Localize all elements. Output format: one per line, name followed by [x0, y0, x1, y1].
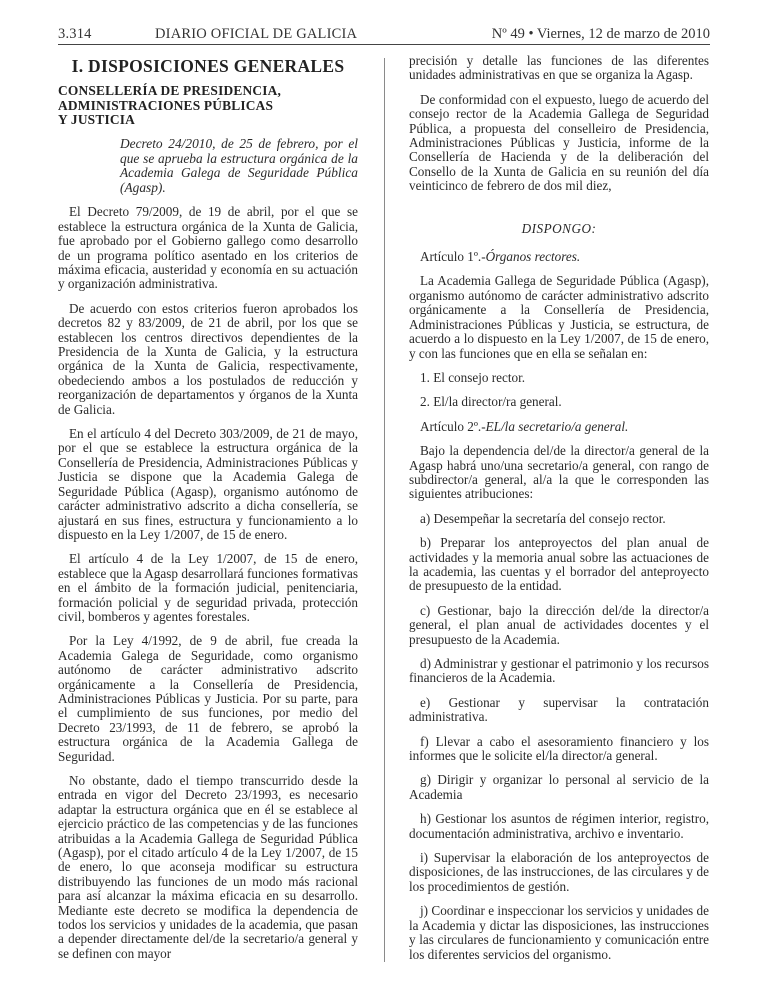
page-number: 3.314	[58, 24, 92, 44]
paragraph: En el artículo 4 del Decreto 303/2009, d…	[58, 427, 358, 542]
article-1-heading: Artículo 1º.-Órganos rectores.	[409, 250, 709, 264]
left-column: I. DISPOSICIONES GENERALES CONSELLERÍA D…	[58, 54, 358, 971]
list-item: a) Desempeñar la secretaría del consejo …	[409, 512, 709, 526]
department-title: CONSELLERÍA DE PRESIDENCIA, ADMINISTRACI…	[58, 84, 358, 127]
dispongo-heading: DISPONGO:	[409, 222, 709, 236]
article-title: EL/la secretario/a general.	[486, 419, 629, 434]
paragraph: El artículo 4 de la Ley 1/2007, de 15 de…	[58, 552, 358, 624]
page-header: 3.314 DIARIO OFICIAL DE GALICIA Nº 49 • …	[58, 24, 710, 45]
article-title: Órganos rectores.	[486, 249, 581, 264]
article-label: Artículo 2º.-	[420, 419, 486, 434]
article-label: Artículo 1º.-	[420, 249, 486, 264]
paragraph: Por la Ley 4/1992, de 9 de abril, fue cr…	[58, 634, 358, 764]
journal-name: DIARIO OFICIAL DE GALICIA	[155, 24, 357, 44]
article-2-heading: Artículo 2º.-EL/la secretario/a general.	[409, 420, 709, 434]
department-line: ADMINISTRACIONES PÚBLICAS	[58, 99, 358, 113]
article-1-body: La Academia Gallega de Seguridade Públic…	[409, 274, 709, 360]
column-divider	[384, 58, 385, 962]
paragraph: El Decreto 79/2009, de 19 de abril, por …	[58, 205, 358, 291]
section-title: I. DISPOSICIONES GENERALES	[58, 59, 358, 73]
department-line: CONSELLERÍA DE PRESIDENCIA,	[58, 84, 358, 98]
decree-title: Decreto 24/2010, de 25 de febrero, por e…	[120, 137, 358, 195]
right-column: precisión y detalle las funciones de las…	[409, 54, 709, 972]
list-item: e) Gestionar y supervisar la contratació…	[409, 696, 709, 725]
list-item: 2. El/la director/ra general.	[409, 395, 709, 409]
list-item: i) Supervisar la elaboración de los ante…	[409, 851, 709, 894]
paragraph: No obstante, dado el tiempo transcurrido…	[58, 774, 358, 961]
list-item: h) Gestionar los asuntos de régimen inte…	[409, 812, 709, 841]
list-item: b) Preparar los anteproyectos del plan a…	[409, 536, 709, 594]
conformity-paragraph: De conformidad con el expuesto, luego de…	[409, 93, 709, 194]
department-line: Y JUSTICIA	[58, 113, 358, 127]
list-item: g) Dirigir y organizar lo personal al se…	[409, 773, 709, 802]
list-item: 1. El consejo rector.	[409, 371, 709, 385]
article-2-body: Bajo la dependencia del/de la director/a…	[409, 444, 709, 502]
list-item: f) Llevar a cabo el asesoramiento financ…	[409, 735, 709, 764]
list-item: j) Coordinar e inspeccionar los servicio…	[409, 904, 709, 962]
list-item: c) Gestionar, bajo la dirección del/de l…	[409, 604, 709, 647]
continuation-paragraph: precisión y detalle las funciones de las…	[409, 54, 709, 83]
paragraph: De acuerdo con estos criterios fueron ap…	[58, 302, 358, 417]
list-item: d) Administrar y gestionar el patrimonio…	[409, 657, 709, 686]
issue-info: Nº 49 • Viernes, 12 de marzo de 2010	[492, 24, 710, 44]
